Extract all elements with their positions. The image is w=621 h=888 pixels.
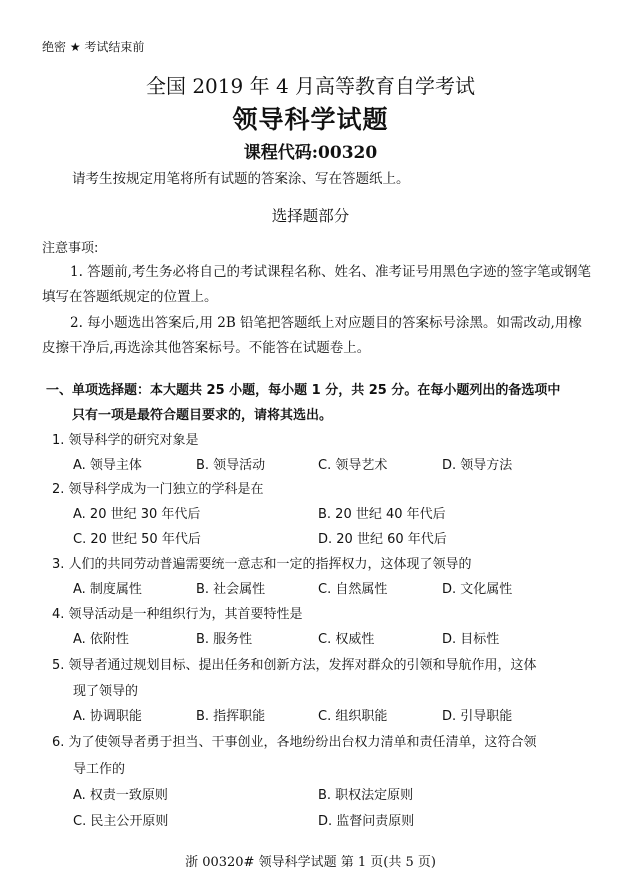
general-instruction: 请考生按规定用笔将所有试题的答案涂、写在答题纸上。 bbox=[72, 167, 410, 187]
question-2-option-a: A. 20 世纪 30 年代后 bbox=[73, 503, 200, 522]
question-5-stem-line-1: 5. 领导者通过规划目标、提出任务和创新方法，发挥对群众的引领和导航作用，这体 bbox=[52, 654, 537, 673]
page-footer: 浙 00320# 领导科学试题 第 1 页(共 5 页) bbox=[0, 851, 621, 870]
question-4-option-b: B. 服务性 bbox=[196, 628, 252, 647]
question-6-option-b: B. 职权法定原则 bbox=[318, 784, 413, 803]
part-one-heading-line-1: 一、单项选择题：本大题共 25 小题，每小题 1 分，共 25 分。在每小题列出… bbox=[46, 379, 560, 398]
question-2-option-c: C. 20 世纪 50 年代后 bbox=[73, 528, 201, 547]
course-code: 课程代码:00320 bbox=[0, 138, 621, 163]
question-6-stem-line-1: 6. 为了使领导者勇于担当、干事创业，各地纷纷出台权力清单和责任清单，这符合领 bbox=[52, 731, 537, 750]
question-1-option-a: A. 领导主体 bbox=[73, 454, 142, 473]
question-6-stem-line-2: 导工作的 bbox=[73, 758, 125, 777]
question-5-option-a: A. 协调职能 bbox=[73, 705, 142, 724]
section-title: 选择题部分 bbox=[0, 204, 621, 226]
question-3-option-b: B. 社会属性 bbox=[196, 578, 265, 597]
question-5-stem-line-2: 现了领导的 bbox=[73, 680, 138, 699]
question-4-option-c: C. 权威性 bbox=[318, 628, 374, 647]
part-one-heading-line-2: 只有一项是最符合题目要求的，请将其选出。 bbox=[72, 404, 332, 423]
note-1-line-2: 填写在答题纸规定的位置上。 bbox=[42, 285, 218, 305]
question-4-stem: 4. 领导活动是一种组织行为，其首要特性是 bbox=[52, 603, 303, 622]
question-6-option-c: C. 民主公开原则 bbox=[73, 810, 168, 829]
question-3-option-c: C. 自然属性 bbox=[318, 578, 387, 597]
note-1-line-1: 1. 答题前,考生务必将自己的考试课程名称、姓名、准考证号用黑色字迹的签字笔或钢… bbox=[70, 260, 591, 280]
exam-title: 全国 2019 年 4 月高等教育自学考试 bbox=[0, 70, 621, 99]
question-5-option-d: D. 引导职能 bbox=[442, 705, 512, 724]
question-2-option-d: D. 20 世纪 60 年代后 bbox=[318, 528, 447, 547]
question-4-option-d: D. 目标性 bbox=[442, 628, 499, 647]
question-5-option-b: B. 指挥职能 bbox=[196, 705, 265, 724]
question-3-stem: 3. 人们的共同劳动普遍需要统一意志和一定的指挥权力，这体现了领导的 bbox=[52, 553, 472, 572]
question-4-option-a: A. 依附性 bbox=[73, 628, 129, 647]
question-1-option-c: C. 领导艺术 bbox=[318, 454, 387, 473]
question-1-option-d: D. 领导方法 bbox=[442, 454, 512, 473]
question-1-option-b: B. 领导活动 bbox=[196, 454, 265, 473]
subject-title: 领导科学试题 bbox=[0, 100, 621, 136]
question-3-option-a: A. 制度属性 bbox=[73, 578, 142, 597]
note-2-line-1: 2. 每小题选出答案后,用 2B 铅笔把答题纸上对应题目的答案标号涂黑。如需改动… bbox=[70, 311, 582, 331]
question-1-stem: 1. 领导科学的研究对象是 bbox=[52, 429, 199, 448]
note-2-line-2: 皮擦干净后,再选涂其他答案标号。不能答在试题卷上。 bbox=[42, 336, 370, 356]
question-5-option-c: C. 组织职能 bbox=[318, 705, 387, 724]
question-6-option-d: D. 监督问责原则 bbox=[318, 810, 414, 829]
secret-mark: 绝密 ★ 考试结束前 bbox=[42, 38, 144, 55]
question-2-option-b: B. 20 世纪 40 年代后 bbox=[318, 503, 446, 522]
question-2-stem: 2. 领导科学成为一门独立的学科是在 bbox=[52, 478, 264, 497]
notes-label: 注意事项: bbox=[42, 237, 98, 256]
question-3-option-d: D. 文化属性 bbox=[442, 578, 512, 597]
question-6-option-a: A. 权责一致原则 bbox=[73, 784, 168, 803]
